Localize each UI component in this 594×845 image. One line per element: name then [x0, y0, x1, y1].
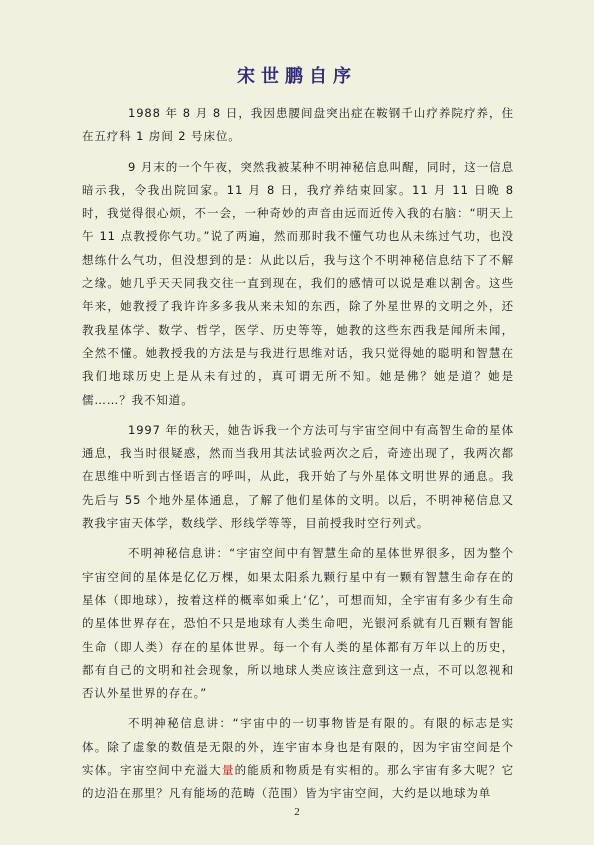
paragraph-4: 不明神秘信息讲：“宇宙空间中有智慧生命的星体世界很多，因为整个宇宙空间的星体是亿…: [82, 542, 514, 705]
paragraph-5: 不明神秘信息讲：“宇宙中的一切事物皆是有限的。有限的标志是实体。除了虚象的数值是…: [82, 712, 514, 805]
document-body: 1988 年 8 月 8 日，我因患腰间盘突出症在鞍钢千山疗养院疗养，住在五疗科…: [82, 102, 514, 813]
paragraph-2: 9 月末的一个午夜，突然我被某种不明神秘信息叫醒，同时，这一信息暗示我，令我出院…: [82, 156, 514, 412]
paragraph-3: 1997 年的秋天，她告诉我一个方法可与宇宙空间中有高智生命的星体通息，我当时很…: [82, 419, 514, 535]
page-number: 2: [0, 806, 594, 818]
paragraph-1: 1988 年 8 月 8 日，我因患腰间盘突出症在鞍钢千山疗养院疗养，住在五疗科…: [82, 102, 514, 149]
page-title: 宋世鹏自序: [0, 62, 594, 88]
highlighted-character: 量: [222, 763, 235, 777]
document-page: 宋世鹏自序 1988 年 8 月 8 日，我因患腰间盘突出症在鞍钢千山疗养院疗养…: [0, 0, 594, 845]
